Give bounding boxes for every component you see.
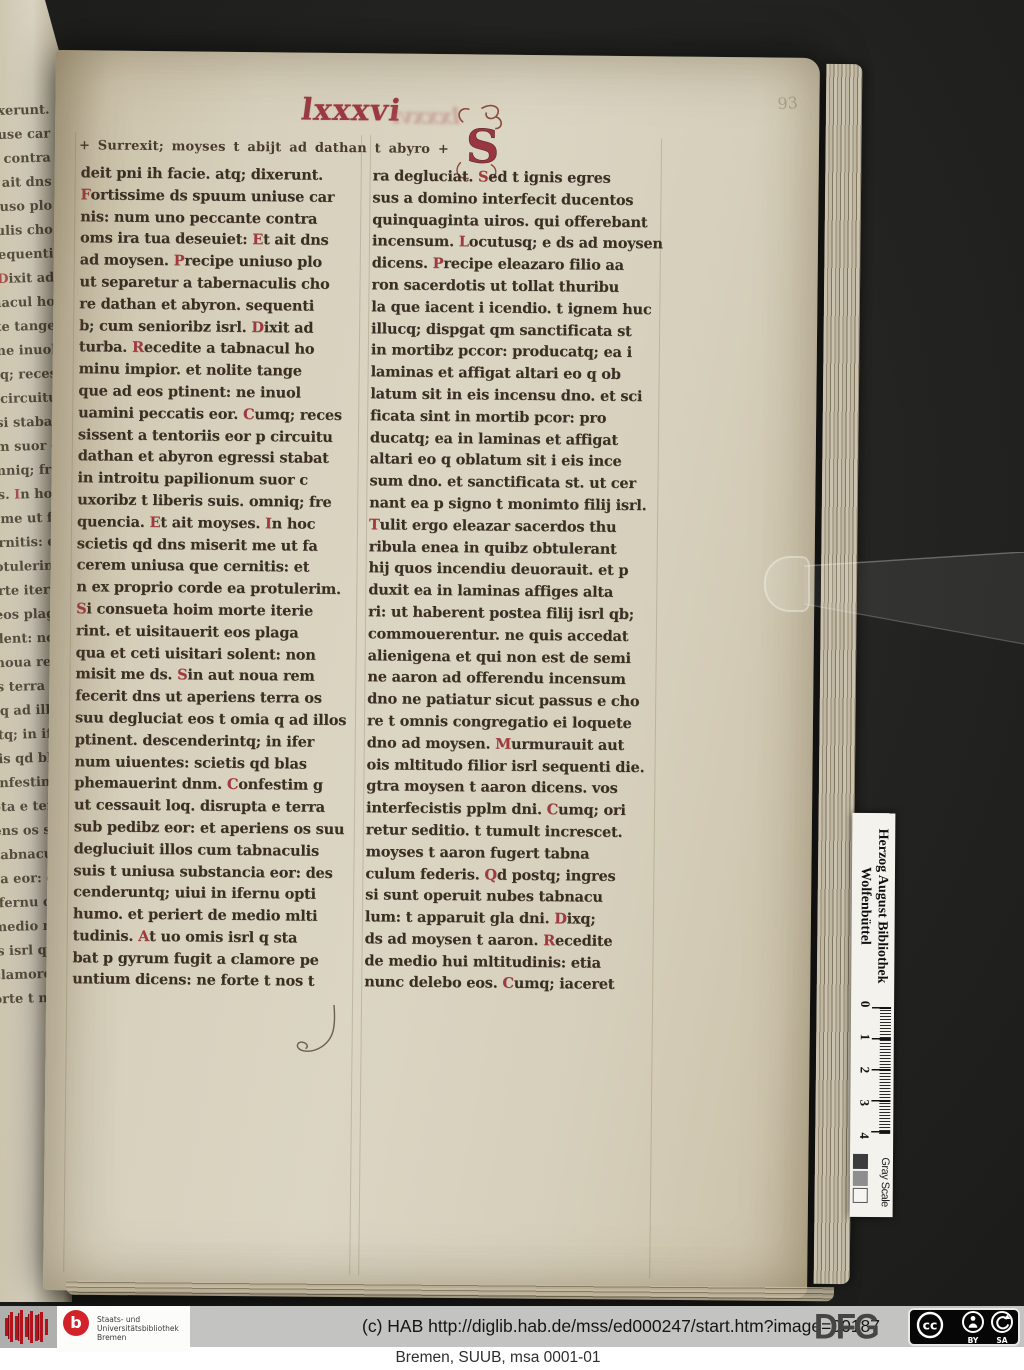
text-line: scietis qd dns miserit me ut fa: [77, 533, 361, 558]
text-line: fecerit dns ut aperiens terra os: [75, 685, 359, 710]
copyright-text: (c) HAB http://diglib.hab.de/mss/ed00024…: [362, 1306, 880, 1347]
ruler-cm-ticks: [871, 1007, 891, 1136]
text-line: dicens. Precipe eleazaro filio aa: [372, 253, 664, 278]
text-line: turba. Recedite a tabnacul ho: [79, 337, 363, 362]
text-line: deit pni ih facie. atq; dixerunt.: [81, 162, 365, 187]
ruler-number: 0: [857, 1001, 873, 1008]
svg-text:SA: SA: [996, 1336, 1007, 1345]
text-line: nant ea p signo t monimto filij isrl.: [369, 492, 661, 517]
text-line: Fortissime ds spuum uniuse car: [80, 184, 364, 209]
text-line: in mortibz pccor: producatq; ea i: [371, 340, 663, 365]
text-line: sum dno. et sanctificata st. ut cer: [369, 470, 661, 495]
text-line: ois mltitudo filior isrl sequenti die.: [366, 754, 658, 779]
text-line: suu degluciat eos t omia q ad illos: [75, 707, 359, 732]
text-line: culum federis. Qd postq; ingres: [365, 863, 657, 888]
text-line: que ad eos ptinent: ne inuol: [78, 380, 362, 405]
digitized-manuscript-view: deit pni ih facie. atq; dixerunt.Fortiss…: [0, 0, 1024, 1370]
dfg-logo: DFG: [814, 1305, 878, 1348]
text-line: re dathan et abyron. sequenti: [79, 293, 363, 318]
text-line: uamini peccatis eor. Cumq; reces: [78, 402, 362, 427]
text-line: commouerentur. ne quis accedat: [368, 623, 660, 648]
text-line: b; cum senioribz isrl. Dixit ad: [79, 315, 363, 340]
text-line: sus a domino interfecit ducentos: [372, 187, 664, 212]
chapter-rubric: lxxxvi: [299, 93, 404, 129]
text-line: qua et ceti uisitari solent: non: [76, 642, 360, 667]
text-line: interfecistis pplm dni. Cumq; ori: [366, 797, 658, 822]
text-line: suis t uniusa substancia eor: des: [73, 860, 357, 885]
text-line: rint. et uisitauerit eos plaga: [76, 620, 360, 645]
color-scale-strip: Herzog August Bibliothek Wolfenbüttel 0 …: [850, 813, 896, 1217]
svg-text:cc: cc: [923, 1318, 938, 1333]
text-line: ra degluciat. Sed t ignis egres: [373, 165, 665, 190]
text-line: sissent a tentoriis eor p circuitu: [78, 424, 362, 449]
ruler-number: 1: [857, 1034, 873, 1041]
text-line: alienigena et qui non est de semi: [368, 645, 660, 670]
grayscale-swatch-mid: [853, 1171, 868, 1186]
text-line: duxit ea in laminas affiges alta: [368, 579, 660, 604]
grayscale-swatch-dark: [853, 1154, 868, 1169]
text-line: ad moysen. Precipe uniuso plo: [80, 249, 364, 274]
text-line: nis: num uno peccante contra: [80, 206, 364, 231]
bremen-logo-letter: b: [63, 1310, 89, 1336]
ruler-number: 3: [856, 1100, 872, 1107]
text-line: untium dicens: ne forte t nos t: [72, 969, 356, 994]
text-line: Si consueta hoim morte iterie: [76, 598, 360, 623]
text-line: degluciuit illos cum tabnaculis: [74, 838, 358, 863]
pen-flourish-icon: [281, 1004, 362, 1075]
folio-number: 93: [777, 93, 798, 113]
institution-line1: Herzog August Bibliothek: [873, 813, 891, 999]
cc-license-badge: cc BY SA: [908, 1308, 1020, 1346]
left-text-column: deit pni ih facie. atq; dixerunt.Fortiss…: [72, 162, 365, 993]
text-line: ficata sint in mortib pcor: pro: [370, 405, 662, 430]
grayscale-swatch-light: [853, 1188, 868, 1203]
text-line: phemauerint dnm. Confestim g: [74, 773, 358, 798]
bremen-org-line3: Bremen: [97, 1333, 179, 1342]
text-line: minu impior. et nolite tange: [79, 358, 363, 383]
running-header: + Surrexit; moyses t abijt ad dathan t a…: [79, 138, 449, 157]
text-line: de medio hui mltitudinis: etia: [364, 950, 656, 975]
svg-text:BY: BY: [968, 1336, 979, 1345]
text-line: ut cessauit loq. disrupta e terra: [74, 794, 358, 819]
text-line: tudinis. At uo omis isrl q sta: [73, 925, 357, 950]
text-line: retur seditio. t tumult increscet.: [366, 819, 658, 844]
text-line: latum sit in eis incensu dno. et sci: [370, 383, 662, 408]
text-line: uxoribz t liberis suis. omniq; fre: [77, 489, 361, 514]
text-line: ptinent. descenderintq; in ifer: [75, 729, 359, 754]
right-text-column: ra degluciat. Sed t ignis egressus a dom…: [364, 165, 665, 996]
text-line: cerem uniusa que cernitis: et: [76, 555, 360, 580]
text-line: n ex proprio corde ea protulerim.: [76, 576, 360, 601]
text-line: Tulit ergo eleazar sacerdos thu: [369, 514, 661, 539]
text-line: ribula enea in quibz obtulerant: [369, 536, 661, 561]
text-line: ne aaron ad offerendu incensum: [367, 667, 659, 692]
text-line: dno ne patiatur sicut passus e cho: [367, 688, 659, 713]
text-line: ri: ut haberent postea filij isrl qb;: [368, 601, 660, 626]
text-line: quinquaginta uiros. qui offerebant: [372, 209, 664, 234]
institution-line2: Wolfenbüttel: [856, 813, 874, 999]
text-line: ducatq; ea in laminas et affigat: [370, 427, 662, 452]
text-line: misit me ds. Sin aut noua rem: [75, 664, 359, 689]
bremen-org-line1: Staats- und: [97, 1315, 179, 1324]
manuscript-page: 93 lxxxvi lxxxvi + Surrexit; moyses t ab…: [43, 50, 820, 1298]
text-line: incensum. Locutusq; e ds ad moysen: [372, 231, 664, 256]
bremen-logo: b Staats- und Universitätsbibliothek Bre…: [57, 1306, 190, 1352]
ruler-number: 4: [856, 1132, 872, 1139]
text-line: gtra moysen t aaron dicens. vos: [366, 776, 658, 801]
photo-background: deit pni ih facie. atq; dixerunt.Fortiss…: [0, 0, 1024, 1306]
caption: Bremen, SUUB, msa 0001-01: [0, 1347, 1010, 1369]
text-line: re t omnis congregatio ei loquete: [367, 710, 659, 735]
text-line: dathan et abyron egressi stabat: [78, 446, 362, 471]
page-holder-strip: [804, 552, 1024, 648]
text-line: cenderuntq; uiui in ifernu opti: [73, 882, 357, 907]
text-line: in introitu papilionum suor c: [77, 467, 361, 492]
text-line: quencia. Et ait moyses. In hoc: [77, 511, 361, 536]
text-line: dno ad moysen. Murmurauit aut: [367, 732, 659, 757]
text-line: lum: t apparuit gla dni. Dixq;: [365, 906, 657, 931]
text-line: nunc delebo eos. Cumq; iaceret: [364, 972, 656, 997]
ruler-numbers: 0 1 2 3 4: [856, 1001, 873, 1139]
text-line: si sunt operuit nubes tabnacu: [365, 885, 657, 910]
text-line: illucq; dispgat qm sanctificata st: [371, 318, 663, 343]
bremen-bars-icon: [0, 1306, 57, 1348]
gray-scale-label: Gray Scale: [879, 1151, 891, 1213]
text-line: bat p gyrum fugit a clamore pe: [72, 947, 356, 972]
text-line: altari eo q oblatum sit i eis ince: [370, 449, 662, 474]
institution-label: Herzog August Bibliothek Wolfenbüttel: [851, 813, 895, 999]
gray-scale-block: Gray Scale: [850, 1151, 893, 1213]
text-line: ds ad moysen t aaron. Recedite: [365, 928, 657, 953]
text-line: la que iacent i icendio. t ignem huc: [371, 296, 663, 321]
ruler: 0 1 2 3 4: [850, 999, 894, 1151]
bremen-org-name: Staats- und Universitätsbibliothek Breme…: [97, 1315, 179, 1342]
text-line: hij quos incendiu deuorauit. et p: [368, 558, 660, 583]
text-line: ron sacerdotis ut tollat thuribu: [371, 274, 663, 299]
bremen-org-line2: Universitätsbibliothek: [97, 1324, 179, 1333]
text-line: moyses t aaron fugert tabna: [366, 841, 658, 866]
text-line: oms ira tua deseuiet: Et ait dns: [80, 228, 364, 253]
text-line: humo. et periert de medio mlti: [73, 903, 357, 928]
text-line: num uiuentes: scietis qd blas: [74, 751, 358, 776]
text-line: ut separetur a tabernaculis cho: [79, 271, 363, 296]
text-line: laminas et affigat altari eo q ob: [371, 361, 663, 386]
text-line: sub pedibz eor: et aperiens os suu: [74, 816, 358, 841]
ruler-number: 2: [857, 1067, 873, 1074]
